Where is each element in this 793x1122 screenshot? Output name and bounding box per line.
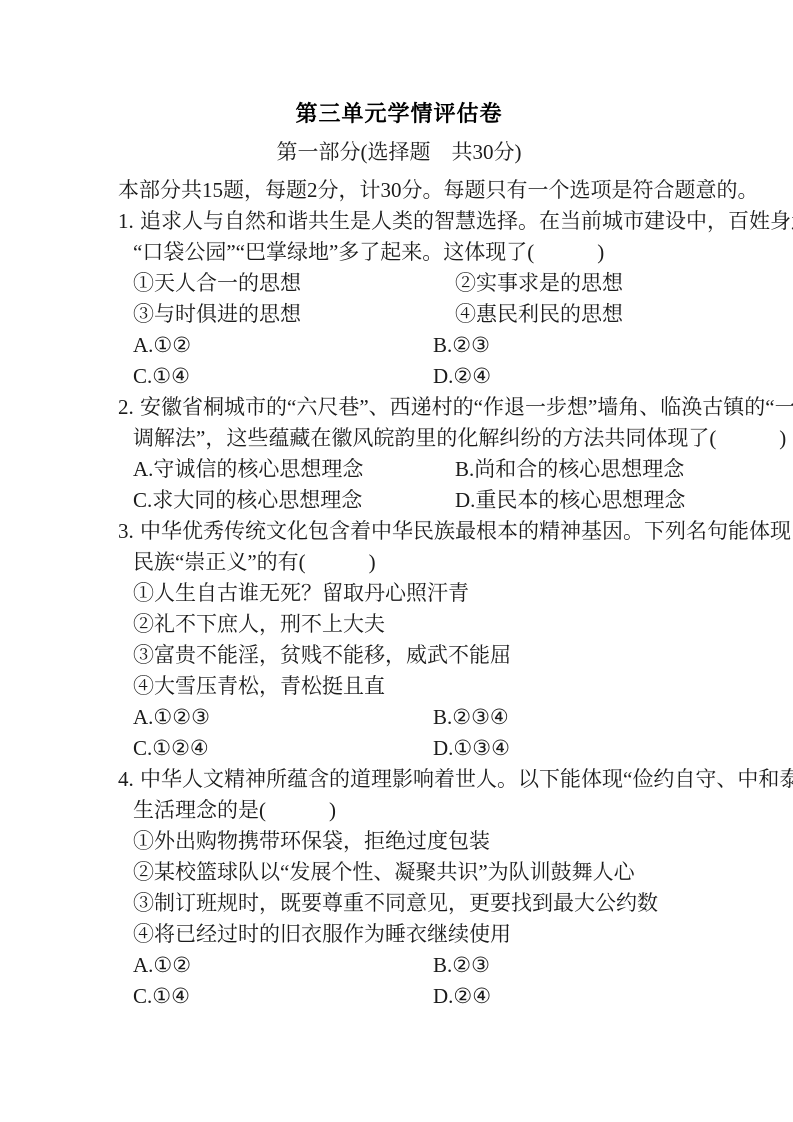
choice-option: C.①④ (133, 984, 190, 1008)
section-heading: 第一部分(选择题 共30分) (118, 139, 680, 165)
choice-row: A.①②③ B.②③④ (118, 702, 680, 733)
question-stem-text: 追求人与自然和谐共生是人类的智慧选择。在当前城市建设中，百姓身边的 (140, 209, 793, 233)
choice-row: C.①④ D.②④ (118, 981, 680, 1012)
question-number: 3. (118, 516, 140, 547)
sub-option: ③与时俱进的思想 (133, 302, 301, 326)
question-number: 1. (118, 206, 140, 237)
test-paper-page: 第三单元学情评估卷 第一部分(选择题 共30分) 本部分共15题，每题2分，计3… (0, 0, 793, 1122)
question-stem-text: 中华优秀传统文化包含着中华民族最根本的精神基因。下列名句能体现中华 (140, 519, 793, 543)
choice-row: A.①② B.②③ (118, 330, 680, 361)
choice-option: C.①④ (133, 364, 190, 388)
question-stem-line: 4.中华人文精神所蕴含的道理影响着世人。以下能体现“俭约自守、中和泰和” (118, 764, 680, 795)
choice-row: A.守诚信的核心思想理念 B.尚和合的核心思想理念 (118, 454, 680, 485)
sub-option: ②某校篮球队以“发展个性、凝聚共识”为队训鼓舞人心 (118, 857, 680, 888)
choice-option: A.①②③ (133, 705, 210, 729)
question-stem-line: 1.追求人与自然和谐共生是人类的智慧选择。在当前城市建设中，百姓身边的 (118, 206, 680, 237)
sub-option: ③制订班规时，既要尊重不同意见，更要找到最大公约数 (118, 888, 680, 919)
sub-option: ④大雪压青松，青松挺且直 (118, 671, 680, 702)
sub-option: ①人生自古谁无死？留取丹心照汗青 (118, 578, 680, 609)
choice-option: B.②③ (433, 950, 490, 981)
choice-option: C.求大同的核心思想理念 (133, 488, 362, 512)
question-1: 1.追求人与自然和谐共生是人类的智慧选择。在当前城市建设中，百姓身边的 “口袋公… (118, 206, 680, 392)
choice-option: D.重民本的核心思想理念 (455, 485, 685, 516)
choice-row: C.①④ D.②④ (118, 361, 680, 392)
sub-option-row: ③与时俱进的思想 ④惠民利民的思想 (118, 299, 680, 330)
choice-option: D.②④ (433, 361, 491, 392)
sub-option: ④惠民利民的思想 (455, 299, 623, 330)
question-stem-text: 安徽省桐城市的“六尺巷”、西递村的“作退一步想”墙角、临涣古镇的“一杯茶 (140, 395, 793, 419)
question-3: 3.中华优秀传统文化包含着中华民族最根本的精神基因。下列名句能体现中华 民族“崇… (118, 516, 680, 764)
question-stem-line: 2.安徽省桐城市的“六尺巷”、西递村的“作退一步想”墙角、临涣古镇的“一杯茶 (118, 392, 680, 423)
page-content: 第三单元学情评估卷 第一部分(选择题 共30分) 本部分共15题，每题2分，计3… (118, 99, 680, 1012)
question-stem-line: 3.中华优秀传统文化包含着中华民族最根本的精神基因。下列名句能体现中华 (118, 516, 680, 547)
sub-option: ①外出购物携带环保袋，拒绝过度包装 (118, 826, 680, 857)
choice-option: C.①②④ (133, 736, 209, 760)
page-title: 第三单元学情评估卷 (118, 99, 680, 129)
sub-option: ④将已经过时的旧衣服作为睡衣继续使用 (118, 919, 680, 950)
choice-option: A.守诚信的核心思想理念 (133, 457, 363, 481)
question-stem-line: 生活理念的是( ) (118, 795, 680, 826)
choice-option: A.①② (133, 333, 191, 357)
question-stem-line: 调解法”，这些蕴藏在徽风皖韵里的化解纠纷的方法共同体现了( ) (118, 423, 680, 454)
question-number: 2. (118, 392, 140, 423)
instructions-text: 本部分共15题，每题2分，计30分。每题只有一个选项是符合题意的。 (118, 175, 680, 206)
choice-row: A.①② B.②③ (118, 950, 680, 981)
question-stem-text: 中华人文精神所蕴含的道理影响着世人。以下能体现“俭约自守、中和泰和” (140, 767, 793, 791)
question-stem-line: “口袋公园”“巴掌绿地”多了起来。这体现了( ) (118, 237, 680, 268)
choice-option: B.②③ (433, 330, 490, 361)
choice-option: D.②④ (433, 981, 491, 1012)
question-4: 4.中华人文精神所蕴含的道理影响着世人。以下能体现“俭约自守、中和泰和” 生活理… (118, 764, 680, 1012)
sub-option: ②礼不下庶人，刑不上大夫 (118, 609, 680, 640)
choice-row: C.①②④ D.①③④ (118, 733, 680, 764)
choice-option: B.②③④ (433, 702, 509, 733)
choice-option: A.①② (133, 953, 191, 977)
sub-option: ①天人合一的思想 (133, 271, 301, 295)
choice-option: D.①③④ (433, 733, 510, 764)
question-number: 4. (118, 764, 140, 795)
question-stem-line: 民族“崇正义”的有( ) (118, 547, 680, 578)
choice-row: C.求大同的核心思想理念 D.重民本的核心思想理念 (118, 485, 680, 516)
sub-option: ②实事求是的思想 (455, 268, 623, 299)
choice-option: B.尚和合的核心思想理念 (455, 454, 684, 485)
question-2: 2.安徽省桐城市的“六尺巷”、西递村的“作退一步想”墙角、临涣古镇的“一杯茶 调… (118, 392, 680, 516)
sub-option-row: ①天人合一的思想 ②实事求是的思想 (118, 268, 680, 299)
sub-option: ③富贵不能淫，贫贱不能移，威武不能屈 (118, 640, 680, 671)
